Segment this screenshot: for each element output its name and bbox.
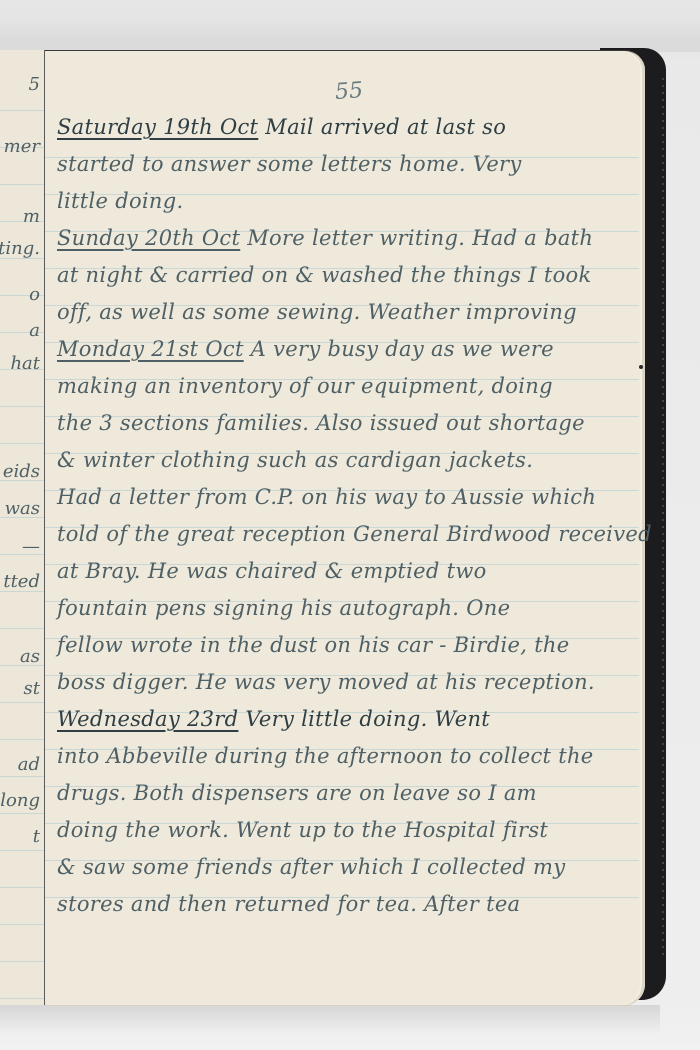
diary-line: & saw some friends after which I collect…: [57, 855, 565, 879]
left-page-fragment: eids: [3, 461, 40, 482]
diary-line: fellow wrote in the dust on his car - Bi…: [57, 633, 570, 657]
page-number: 55: [334, 78, 364, 105]
diary-line: started to answer some letters home. Ver…: [57, 152, 522, 176]
diary-line: drugs. Both dispensers are on leave so I…: [57, 781, 537, 805]
diary-line: off, as well as some sewing. Weather imp…: [57, 300, 577, 324]
right-page: 55 Saturday 19th Oct Mail arrived at las…: [45, 50, 645, 1006]
diary-line: boss digger. He was very moved at his re…: [57, 670, 595, 694]
left-page-fragment: ad: [18, 754, 40, 775]
left-page-fragment: long: [0, 790, 40, 811]
left-page-fragment: ting.: [0, 238, 40, 259]
left-page-fragment: —: [22, 536, 40, 557]
diary-line: Monday 21st Oct A very busy day as we we…: [57, 337, 554, 361]
diary-line: into Abbeville during the afternoon to c…: [57, 744, 594, 768]
entry-date: Wednesday 23rd: [57, 707, 238, 731]
diary-line: little doing.: [57, 189, 183, 213]
left-page-fragment: t: [33, 826, 40, 847]
left-page-fragment: o: [29, 284, 40, 305]
left-page-fragment: mer: [4, 136, 40, 157]
top-shadow: [0, 20, 700, 52]
diary-line: Had a letter from C.P. on his way to Aus…: [57, 485, 596, 509]
diary-line: & winter clothing such as cardigan jacke…: [57, 448, 533, 472]
entry-date: Saturday 19th Oct: [57, 115, 258, 139]
diary-line: making an inventory of our equipment, do…: [57, 374, 553, 398]
diary-line: at night & carried on & washed the thing…: [57, 263, 592, 287]
left-page-fragment: was: [5, 498, 40, 519]
edge-mark: [639, 365, 643, 369]
diary-line: stores and then returned for tea. After …: [57, 892, 520, 916]
diary-line: told of the great reception General Bird…: [57, 522, 652, 546]
diary-line: Sunday 20th Oct More letter writing. Had…: [57, 226, 593, 250]
entry-date: Sunday 20th Oct: [57, 226, 240, 250]
left-page-fragment: st: [24, 678, 40, 699]
left-page-fragment: tted: [3, 571, 40, 592]
diary-line: doing the work. Went up to the Hospital …: [57, 818, 548, 842]
left-page-fragment: hat: [10, 353, 40, 374]
diary-line: Wednesday 23rd Very little doing. Went: [57, 707, 490, 731]
left-page: 5mermting.oahateidswas—ttedasstadlongt: [0, 50, 45, 1005]
diary-line: the 3 sections families. Also issued out…: [57, 411, 585, 435]
diary-line: at Bray. He was chaired & emptied two: [57, 559, 487, 583]
left-page-fragment: as: [20, 646, 40, 667]
diary-line: fountain pens signing his autograph. One: [57, 596, 510, 620]
left-page-fragment: a: [29, 320, 40, 341]
left-page-fragment: 5: [29, 74, 40, 95]
left-page-fragment: m: [23, 206, 40, 227]
bottom-shadow: [0, 1005, 660, 1035]
diary-line: Saturday 19th Oct Mail arrived at last s…: [57, 115, 506, 139]
entry-date: Monday 21st Oct: [57, 337, 244, 361]
